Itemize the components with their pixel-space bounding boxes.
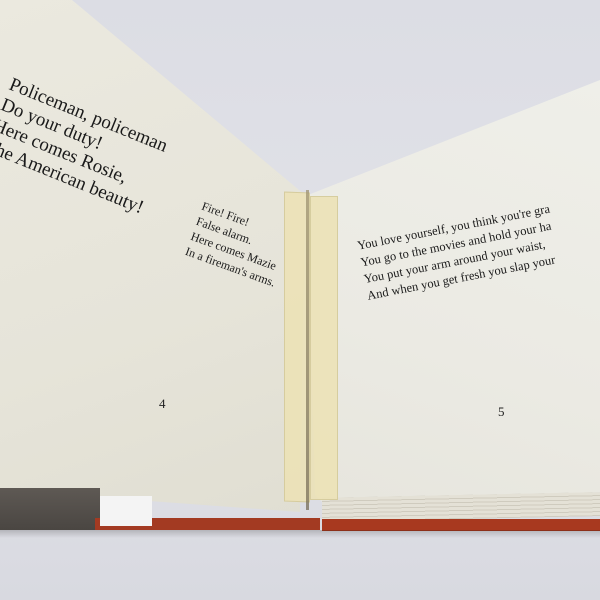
book-shadow: [0, 530, 600, 538]
white-label: [100, 496, 152, 526]
page-number-left: 4: [159, 396, 166, 412]
dark-object: [0, 488, 100, 530]
book-photo: Policeman, policeman Do your duty! Here …: [0, 0, 600, 600]
page-number-right: 5: [498, 404, 505, 420]
book-gutter: [306, 190, 309, 510]
repair-tape-right: [310, 196, 338, 500]
